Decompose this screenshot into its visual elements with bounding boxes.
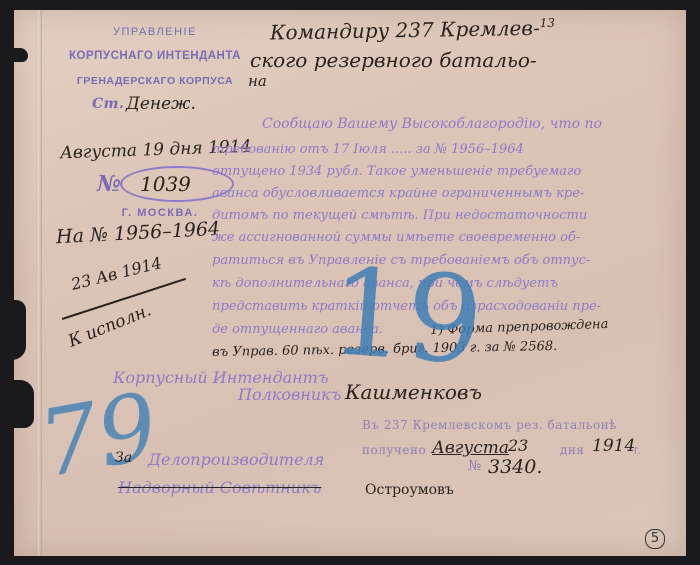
body-line-6: же ассигнованной суммы имѣете своевремен…	[212, 230, 580, 245]
addressee-line-3: на	[248, 72, 267, 90]
letterhead-line-1: УПРАВЛЕНІЕ	[60, 26, 250, 38]
paper-tear	[8, 380, 34, 428]
addressee-line-1: Командиру 237 Кремлев-13	[270, 16, 555, 45]
archive-page-number: 5	[645, 529, 665, 549]
outgoing-number: 1039	[140, 172, 191, 196]
city-stamp: Г. МОСКВА.	[95, 207, 225, 219]
dept-prefix: Ст.	[92, 96, 124, 112]
body-line-5: дитомъ по текущей смѣтѣ. При недостаточн…	[212, 208, 587, 223]
rank-stamp: Полковникъ	[238, 385, 341, 404]
letterhead-line-2: КОРПУСНАГО ИНТЕНДАНТА	[55, 50, 255, 62]
number-prefix: №	[97, 171, 121, 197]
body-line-4: аванса обусловливается крайне ограниченн…	[212, 186, 584, 201]
blue-corner-number: 79	[33, 381, 164, 492]
paper-fold	[38, 10, 42, 556]
receipt-year: 1914	[592, 436, 635, 456]
addressee-line-2: ского резервного батальо-	[250, 48, 537, 72]
clerk-title-stamp: Делопроизводителя	[148, 450, 324, 469]
body-line-3: отпущено 1934 рубл. Такое уменьшеніе тре…	[212, 164, 581, 179]
body-line-1: Сообщаю Вашему Высокоблагородію, что по	[262, 116, 602, 132]
body-line-2: требованію отъ 17 Іюля ..... за № 1956–1…	[212, 142, 524, 157]
receipt-month: Августа	[432, 438, 509, 458]
addressee-superscript: 13	[539, 16, 555, 30]
receipt-number-prefix: №	[468, 458, 482, 474]
dept-handwriting: Денеж.	[126, 94, 196, 114]
receipt-stamp-line-1: Въ 237 Кремлевскомъ рез. батальонѣ	[362, 418, 617, 432]
receipt-number: 3340.	[488, 456, 542, 478]
letterhead-line-3: ГРЕНАДЕРСКАГО КОРПУСА	[55, 75, 255, 87]
intendant-signature: Кашменковъ	[345, 380, 482, 404]
clerk-rank-stamp: Надворный Совѣтникъ	[118, 478, 321, 497]
receipt-received-label: получено	[362, 443, 426, 457]
paper-tear	[8, 48, 28, 62]
receipt-year-suffix: г.	[634, 443, 641, 457]
receipt-day-label: дня	[560, 443, 584, 457]
blue-pencil-number: 19	[326, 253, 487, 383]
receipt-day: 23	[508, 436, 528, 455]
clerk-signature: Остроумовъ	[365, 482, 454, 498]
paper-tear	[8, 300, 26, 360]
clerk-prefix: За	[115, 450, 132, 466]
